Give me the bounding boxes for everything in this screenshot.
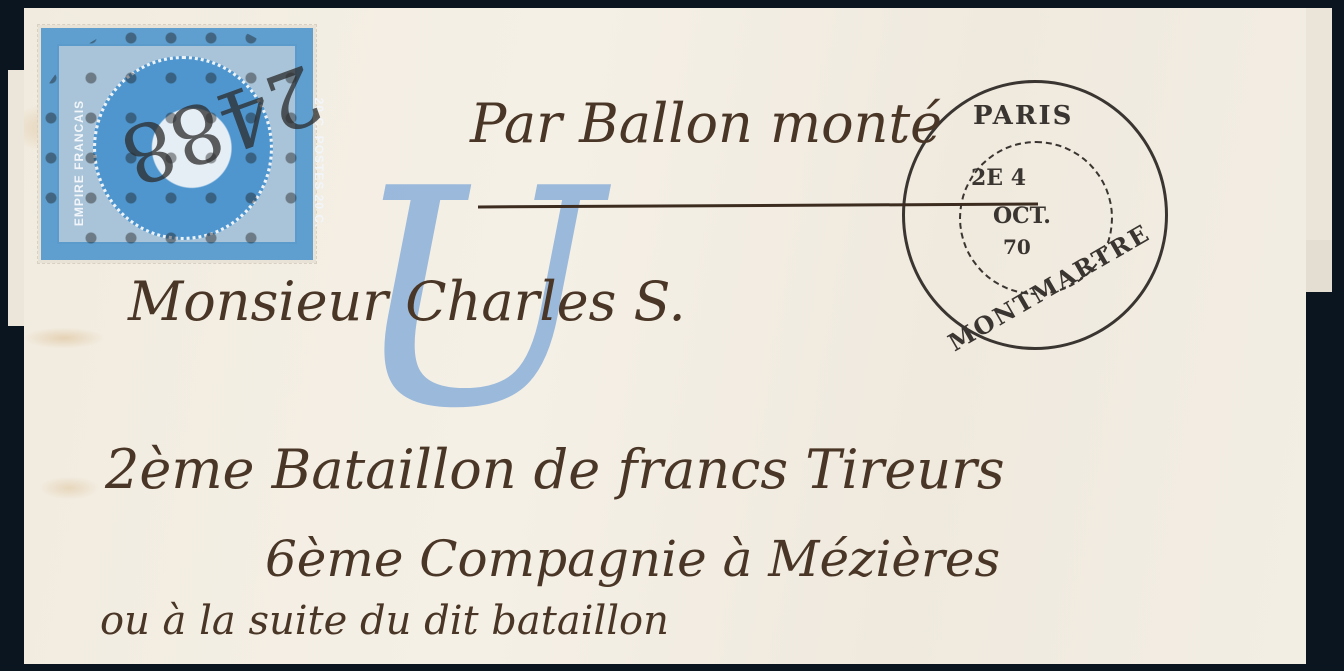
addressee-name: Monsieur Charles S. <box>128 270 686 333</box>
postmark-date-year: 70 <box>1003 235 1031 259</box>
postmark-date-month: OCT. <box>993 203 1051 229</box>
address-line-3: ou à la suite du dit bataillon <box>100 598 669 644</box>
postage-stamp: EMPIRE FRANCAIS 20 C. POSTES 20 C. 2488 <box>38 25 316 263</box>
postmark-date-day: 2E 4 <box>971 165 1026 191</box>
routing-instruction: Par Ballon monté <box>470 92 942 155</box>
address-line-1: 2ème Bataillon de francs Tireurs <box>105 438 1005 501</box>
address-line-2: 6ème Compagnie à Mézières <box>265 530 1000 588</box>
postmark-city: PARIS <box>973 101 1073 131</box>
